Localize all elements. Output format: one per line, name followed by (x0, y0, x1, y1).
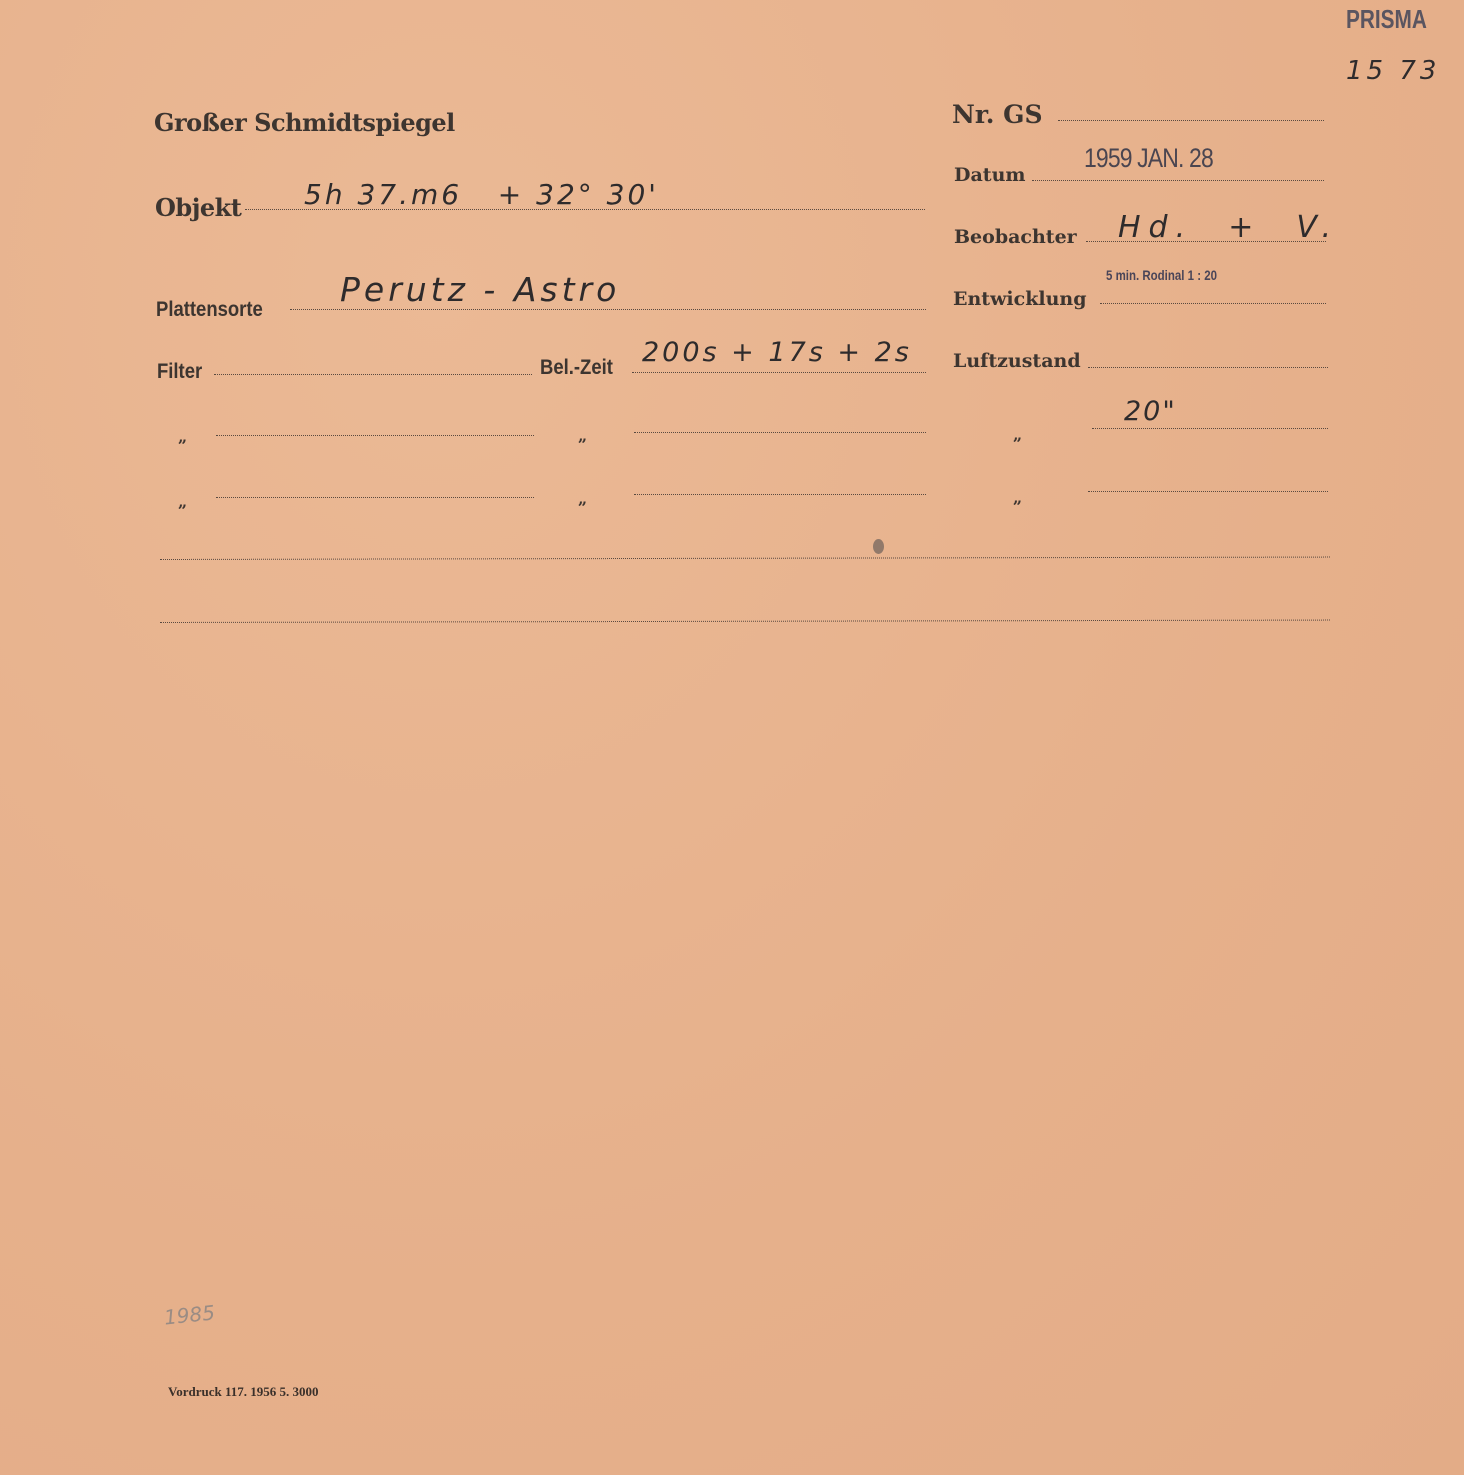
pencil-note: 1985 (163, 1300, 216, 1329)
luftzustand-field-3[interactable] (1088, 491, 1328, 492)
archive-number: 15 73 (1346, 56, 1440, 86)
entwicklung-stamp: 5 min. Rodinal 1 : 20 (1106, 267, 1217, 283)
beobachter-value: Hd. + V. (1118, 210, 1339, 245)
luftzustand-field-2[interactable] (1092, 428, 1328, 429)
luftzustand-label: Luftzustand (953, 350, 1081, 372)
filter-ditto-mark-3: „ (178, 492, 187, 511)
nr-gs-label: Nr. GS (952, 100, 1043, 129)
datum-value: 1959 JAN. 28 (1084, 143, 1213, 174)
entwicklung-field[interactable] (1100, 303, 1326, 304)
bel-zeit-ditto-mark-2: „ (578, 426, 587, 445)
bel-zeit-label: Bel.-Zeit (540, 356, 613, 380)
nr-gs-field[interactable] (1058, 120, 1324, 121)
plattensorte-value: Perutz - Astro (340, 270, 620, 309)
beobachter-label: Beobachter (954, 226, 1077, 248)
bel-zeit-field[interactable] (632, 372, 926, 373)
objekt-label: Objekt (155, 193, 241, 222)
remark-line-1[interactable] (160, 557, 1330, 560)
filter-ditto-mark-2: „ (178, 427, 187, 446)
form-title: Großer Schmidtspiegel (154, 108, 455, 137)
print-imprint: Vordruck 117. 1956 5. 3000 (168, 1384, 318, 1400)
remark-line-2[interactable] (160, 620, 1330, 623)
ink-spot (873, 539, 884, 554)
bel-zeit-field-3[interactable] (634, 494, 926, 495)
luftzustand-ditto-mark-2: „ (1013, 425, 1022, 444)
datum-field[interactable] (1032, 180, 1324, 181)
filter-label: Filter (157, 360, 202, 384)
bel-zeit-field-2[interactable] (634, 432, 926, 433)
plattensorte-label: Plattensorte (156, 298, 263, 322)
plattensorte-field[interactable] (290, 309, 926, 310)
datum-label: Datum (954, 164, 1025, 186)
luftzustand-ditto-mark-3: „ (1013, 488, 1022, 507)
filter-field[interactable] (214, 374, 532, 375)
luftzustand-field[interactable] (1088, 367, 1328, 368)
objekt-value: 5h 37.m6 + 32° 30' (304, 178, 659, 211)
entwicklung-label: Entwicklung (953, 288, 1087, 310)
luftzustand-value-2: 20" (1124, 396, 1177, 427)
filter-field-3[interactable] (216, 497, 534, 498)
prisma-stamp: PRISMA (1346, 4, 1427, 35)
bel-zeit-ditto-mark-3: „ (578, 489, 587, 508)
bel-zeit-value: 200s + 17s + 2s (642, 337, 912, 368)
filter-field-2[interactable] (216, 435, 534, 436)
